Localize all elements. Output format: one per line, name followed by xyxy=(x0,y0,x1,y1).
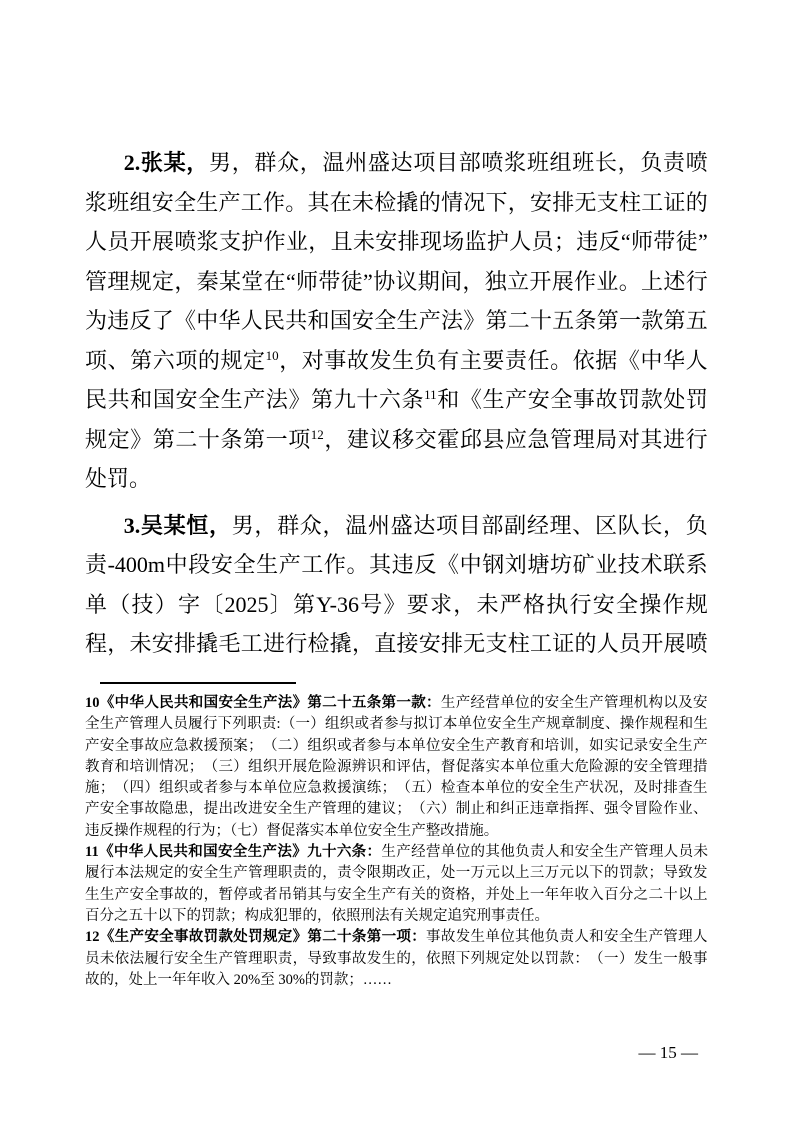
text: 培 xyxy=(545,736,560,757)
text: 》 xyxy=(288,380,310,420)
text: ， xyxy=(308,222,330,262)
text: 况 xyxy=(463,183,485,223)
text: 〕 xyxy=(270,585,292,625)
text: 或 xyxy=(189,778,204,799)
text: ， xyxy=(293,949,308,970)
text: 处 xyxy=(441,863,456,884)
text: 规 xyxy=(649,714,664,735)
text: 上 xyxy=(641,262,663,302)
text: 项 xyxy=(413,143,435,183)
bold-text: 《 xyxy=(100,927,115,948)
text: 违反操作规程的行为；（七）督促落实本单位安全生产整改措施。 xyxy=(85,823,498,839)
text: 单 xyxy=(500,693,515,714)
text: 发 xyxy=(370,341,392,381)
text: 》 xyxy=(463,301,485,341)
text: 产 xyxy=(307,799,322,820)
text: 国 xyxy=(330,301,352,341)
text: 中 xyxy=(640,341,662,381)
bold-text: ， xyxy=(209,506,231,546)
footnote-ref: 12 xyxy=(311,415,324,455)
text: 经 xyxy=(527,506,549,546)
text: 训 xyxy=(560,736,575,757)
text: 程 xyxy=(85,624,107,664)
text: 队 xyxy=(618,506,640,546)
text: 、 xyxy=(108,341,130,381)
bold-text: 11 xyxy=(85,842,99,863)
text: 者 xyxy=(204,778,219,799)
text: 为 xyxy=(85,301,107,341)
text: 的 xyxy=(604,863,619,884)
text: 上 xyxy=(693,885,708,906)
text: 的 xyxy=(198,341,220,381)
bold-text: 六 xyxy=(337,842,352,863)
text: 十 xyxy=(198,420,220,460)
text: 止 xyxy=(471,799,486,820)
text: Y-36 xyxy=(316,585,359,625)
text: 护 xyxy=(241,222,263,262)
text: 组 xyxy=(550,143,572,183)
bold-text: 2. xyxy=(124,143,141,183)
text: 项 xyxy=(175,341,197,381)
text: （ xyxy=(204,757,219,778)
text: 下 xyxy=(218,714,233,735)
text: 进 xyxy=(263,624,285,664)
text: 生 xyxy=(381,842,396,863)
text: 位 xyxy=(530,757,545,778)
footnote-line: 施；（四）组织或者参与本单位应急救援演练；（五）检查本单位的安全生产状况，及时排… xyxy=(85,778,708,799)
text: 产 xyxy=(279,545,301,585)
text: 安 xyxy=(337,885,352,906)
text: 条 xyxy=(220,420,242,460)
text: 。 xyxy=(347,545,369,585)
text: 县 xyxy=(482,420,504,460)
text: 区 xyxy=(595,506,617,546)
text: 与 xyxy=(233,778,248,799)
text: 本 xyxy=(500,757,515,778)
text: 评 xyxy=(396,757,411,778)
text: 堂 xyxy=(241,262,263,302)
text: 事 xyxy=(693,949,708,970)
text: 故 xyxy=(144,799,159,820)
text: 安 xyxy=(211,545,233,585)
text: 《 xyxy=(618,341,640,381)
bold-text: 规 xyxy=(263,927,278,948)
text: 限 xyxy=(367,863,382,884)
text: 理 xyxy=(144,714,159,735)
bold-text: 第 xyxy=(382,693,397,714)
text: 全 xyxy=(352,885,367,906)
text: ， xyxy=(619,778,634,799)
text: 进 xyxy=(248,799,263,820)
text: 展 xyxy=(152,222,174,262)
text: 法 xyxy=(129,949,144,970)
text: 及 xyxy=(634,778,649,799)
text: 和 xyxy=(560,842,575,863)
text: 交 xyxy=(415,420,437,460)
text: 停 xyxy=(233,885,248,906)
text: 事 xyxy=(337,949,352,970)
text: 产 xyxy=(115,885,130,906)
footnote-line: 11《中华人民共和国安全生产法》九十六条：生产经营单位的其他负责人和安全生产管理… xyxy=(85,842,708,863)
text: 实 xyxy=(604,736,619,757)
text: 定 xyxy=(159,863,174,884)
bold-text: 一 xyxy=(396,693,411,714)
text: 行 xyxy=(203,714,218,735)
text: 九 xyxy=(334,380,356,420)
text: 全 xyxy=(115,736,130,757)
text: 之 xyxy=(634,885,649,906)
text: 罚 xyxy=(618,380,640,420)
bold-text: 十 xyxy=(337,693,352,714)
text: 机 xyxy=(634,693,649,714)
text: 职 xyxy=(247,714,262,735)
text: 某 xyxy=(219,262,241,302)
bold-text: 十 xyxy=(322,842,337,863)
text: （ xyxy=(396,778,411,799)
text: 督 xyxy=(441,757,456,778)
bold-text: 吴 xyxy=(141,506,163,546)
text: 建 xyxy=(367,799,382,820)
text: 产 xyxy=(243,380,265,420)
text: 生 xyxy=(293,799,308,820)
text: 撬 xyxy=(196,624,218,664)
text: 行 xyxy=(100,863,115,884)
text: 预 xyxy=(218,736,233,757)
text: 其 xyxy=(640,420,662,460)
text: 严 xyxy=(500,585,522,625)
text: ， xyxy=(254,506,276,546)
bold-text: 》 xyxy=(293,927,308,948)
bold-text: 全 xyxy=(233,842,248,863)
text: 十 xyxy=(530,301,552,341)
text: ， xyxy=(324,420,346,460)
text: 塘 xyxy=(527,545,549,585)
text: 排 xyxy=(441,624,463,664)
text: 理 xyxy=(337,799,352,820)
text: 安 xyxy=(593,585,615,625)
bold-text: 民 xyxy=(159,842,174,863)
text: 危 xyxy=(307,757,322,778)
text: 关 xyxy=(411,885,426,906)
text: 业 xyxy=(678,799,693,820)
text: 参 xyxy=(367,736,382,757)
text: 开 xyxy=(278,757,293,778)
text: 生 xyxy=(256,545,278,585)
text: 正 xyxy=(515,799,530,820)
text: 管 xyxy=(634,842,649,863)
text: 单 xyxy=(441,842,456,863)
text: 险 xyxy=(648,799,663,820)
text: 六 xyxy=(153,341,175,381)
text: （ xyxy=(411,799,426,820)
text: 展 xyxy=(664,624,686,664)
text: 钢 xyxy=(482,545,504,585)
text: 在 xyxy=(264,262,286,302)
text: 责 xyxy=(337,863,352,884)
text: 展 xyxy=(293,757,308,778)
text: 急 xyxy=(307,778,322,799)
footnote-line: 教育和培训情况；（三）组织开展危险源辨识和评估，督促落实本单位重大危险源的安全管… xyxy=(85,757,708,778)
text: 排 xyxy=(552,183,574,223)
text: 发 xyxy=(456,927,471,948)
text: 华 xyxy=(219,301,241,341)
text: 全 xyxy=(619,927,634,948)
text: 定 xyxy=(152,262,174,302)
text: 生 xyxy=(560,778,575,799)
text: 安 xyxy=(528,380,550,420)
text: 的 xyxy=(686,183,708,223)
text-line: 管理规定，秦某堂在“师带徒”协议期间，独立开展作业。上述行 xyxy=(85,262,708,302)
text: 单 xyxy=(458,714,473,735)
text: 人 xyxy=(509,222,531,262)
text: 第 xyxy=(597,301,619,341)
text: 检 xyxy=(308,624,330,664)
text: 且 xyxy=(331,222,353,262)
text: 款 xyxy=(634,863,649,884)
text: 位 xyxy=(500,927,515,948)
text: 者 xyxy=(352,736,367,757)
text: 职 xyxy=(278,863,293,884)
text: ” xyxy=(363,262,373,302)
text: ， xyxy=(322,863,337,884)
text: 违 xyxy=(107,301,129,341)
text: 全 xyxy=(550,380,572,420)
bold-text: 事 xyxy=(174,927,189,948)
text: 《 xyxy=(437,545,459,585)
text: 浆 xyxy=(504,143,526,183)
text: 人 xyxy=(85,222,107,262)
text: 人 xyxy=(241,301,263,341)
text: 议 xyxy=(395,262,417,302)
text: 第 xyxy=(153,420,175,460)
text: 员 xyxy=(173,714,188,735)
text: 州 xyxy=(345,143,367,183)
text: 收 xyxy=(574,885,589,906)
text: 安 xyxy=(152,624,174,664)
text: 二 xyxy=(648,885,663,906)
text: 其 xyxy=(369,545,391,585)
text: 一 xyxy=(296,714,311,735)
text: 目 xyxy=(436,143,458,183)
text: 支 xyxy=(219,222,241,262)
text: 安 xyxy=(530,778,545,799)
text: ； xyxy=(382,778,397,799)
text: 长 xyxy=(640,506,662,546)
bold-text: 和 xyxy=(189,693,204,714)
text: 位 xyxy=(426,736,441,757)
text: 纠 xyxy=(500,799,515,820)
text: 理 xyxy=(573,420,595,460)
text: 重 xyxy=(545,757,560,778)
text: 开 xyxy=(641,624,663,664)
text: 段 xyxy=(188,545,210,585)
text: 产 xyxy=(531,714,546,735)
text: ” xyxy=(698,222,708,262)
text: 无 xyxy=(575,183,597,223)
text: -400m xyxy=(108,545,165,585)
text: 工 xyxy=(241,624,263,664)
bold-text: 款 xyxy=(218,927,233,948)
text: 〔 xyxy=(201,585,223,625)
text: 全 xyxy=(198,380,220,420)
text: 应 xyxy=(505,420,527,460)
text: 作 xyxy=(263,183,285,223)
text: 有 xyxy=(437,341,459,381)
text: 产 xyxy=(219,183,241,223)
text: 开 xyxy=(130,222,152,262)
bold-text: 二 xyxy=(322,927,337,948)
text: 产 xyxy=(396,842,411,863)
text: 事 xyxy=(324,341,346,381)
text: 全 xyxy=(663,736,678,757)
bold-text: 恒 xyxy=(186,506,208,546)
text: ， xyxy=(426,757,441,778)
text: 履 xyxy=(144,949,159,970)
text: 温 xyxy=(323,143,345,183)
text: 师 xyxy=(296,262,318,302)
text: 及 xyxy=(678,693,693,714)
text: ； xyxy=(648,863,663,884)
text: 故 xyxy=(596,380,618,420)
text: 排 xyxy=(398,222,420,262)
text: 系 xyxy=(686,545,708,585)
footnote-line: 产安全事故隐患，提出改进安全生产管理的建议；（六）制止和纠正违章指挥、强令冒险作… xyxy=(85,799,708,820)
text: 邱 xyxy=(460,420,482,460)
text: 和 xyxy=(530,736,545,757)
text: 情 xyxy=(159,757,174,778)
text: 责 xyxy=(530,842,545,863)
text: 安 xyxy=(189,863,204,884)
text: 人 xyxy=(159,714,174,735)
text: 列 xyxy=(471,949,486,970)
text: 反 xyxy=(599,222,621,262)
bold-text: 生 xyxy=(248,842,263,863)
text: 规 xyxy=(220,341,242,381)
text: 万 xyxy=(545,863,560,884)
text: 者 xyxy=(263,885,278,906)
text: 履 xyxy=(85,863,100,884)
text: ， xyxy=(204,885,219,906)
text: 三 xyxy=(530,863,545,884)
text: 单 xyxy=(515,757,530,778)
text: 急 xyxy=(528,420,550,460)
bold-text: 《 xyxy=(99,842,114,863)
text: 的 xyxy=(189,885,204,906)
text: 喷 xyxy=(174,222,196,262)
text: 生 xyxy=(397,301,419,341)
text: 班 xyxy=(107,183,129,223)
text: 故 xyxy=(347,341,369,381)
text: 上 xyxy=(515,885,530,906)
text: 二 xyxy=(278,736,293,757)
text: 法 xyxy=(441,301,463,341)
text: 主 xyxy=(460,341,482,381)
body-text: 2.张某，男，群众，温州盛达项目部喷浆班组班长，负责喷浆班组安全生产工作。其在未… xyxy=(85,143,708,664)
text-line: 民共和国安全生产法》第九十六条11和《生产安全事故罚款处罚 xyxy=(85,380,708,420)
text: 援 xyxy=(337,778,352,799)
text: 生 xyxy=(471,927,486,948)
text: 分 xyxy=(619,885,634,906)
text: 正 xyxy=(411,863,426,884)
text: 负 xyxy=(640,143,662,183)
text: 以 xyxy=(500,863,515,884)
text: 管 xyxy=(322,799,337,820)
text: 位 xyxy=(515,693,530,714)
bold-text: 华 xyxy=(129,693,144,714)
text: （ xyxy=(263,736,278,757)
text: 撬 xyxy=(330,624,352,664)
text: 联 xyxy=(663,545,685,585)
text: 其 xyxy=(308,183,330,223)
text: 管 xyxy=(604,693,619,714)
text: 产 xyxy=(218,949,233,970)
footnote-line: 故的，处上一年年收入 20%至 30%的罚款；…… xyxy=(85,970,708,991)
text: 操 xyxy=(620,714,635,735)
text: 状 xyxy=(589,778,604,799)
text: 生 xyxy=(441,693,456,714)
text: 百分之五十以下的罚款；构成犯罪的，依照刑法有关规定追究刑事责任。 xyxy=(85,908,549,924)
text: 反 xyxy=(414,545,436,585)
text: 开 xyxy=(529,262,551,302)
text: 支 xyxy=(597,183,619,223)
text: 以 xyxy=(574,863,589,884)
text: 男 xyxy=(232,506,254,546)
text: 达 xyxy=(413,506,435,546)
text: ， xyxy=(352,624,374,664)
bold-text: 全 xyxy=(233,693,248,714)
text: 措 xyxy=(693,757,708,778)
text: ， xyxy=(279,341,301,381)
bold-text: 12 xyxy=(85,927,100,948)
text: 生 xyxy=(693,714,708,735)
footnote-line: 履行本法规定的安全生产管理职责的，责令限期改正，处一万元以上三万元以下的罚款；导… xyxy=(85,863,708,884)
text: 长 xyxy=(595,143,617,183)
text: 育 xyxy=(515,736,530,757)
text: 第 xyxy=(486,301,508,341)
text: 带 xyxy=(318,262,340,302)
text: （ xyxy=(115,778,130,799)
bold-text: 处 xyxy=(233,927,248,948)
text: 估 xyxy=(411,757,426,778)
text: 万 xyxy=(471,863,486,884)
text: 故 xyxy=(174,885,189,906)
text: 单 xyxy=(85,585,107,625)
text: 中 xyxy=(460,545,482,585)
text: 全 xyxy=(545,778,560,799)
text: 男 xyxy=(209,143,231,183)
text: “ xyxy=(621,222,631,262)
text: 管 xyxy=(233,949,248,970)
text: 众 xyxy=(300,506,322,546)
text: 技 xyxy=(618,545,640,585)
text-line: 规定》第二十条第一项12，建议移交霍邱县应急管理局对其进行 xyxy=(85,420,708,460)
text: 安 xyxy=(575,842,590,863)
text: 要 xyxy=(482,341,504,381)
text: 喷 xyxy=(686,624,708,664)
text: 令 xyxy=(619,799,634,820)
footnote-line: 员未依法履行安全生产管理职责，导致事故发生的，依照下列规定处以罚款：（一）发生一… xyxy=(85,949,708,970)
text: 参 xyxy=(218,778,233,799)
text: 人 xyxy=(693,927,708,948)
text: 生 xyxy=(678,736,693,757)
text: 和 xyxy=(130,380,152,420)
text: 上 xyxy=(515,863,530,884)
text: 元 xyxy=(560,863,575,884)
text: “ xyxy=(286,262,296,302)
bold-text: 国 xyxy=(203,842,218,863)
text: 第 xyxy=(130,341,152,381)
text: ， xyxy=(189,799,204,820)
